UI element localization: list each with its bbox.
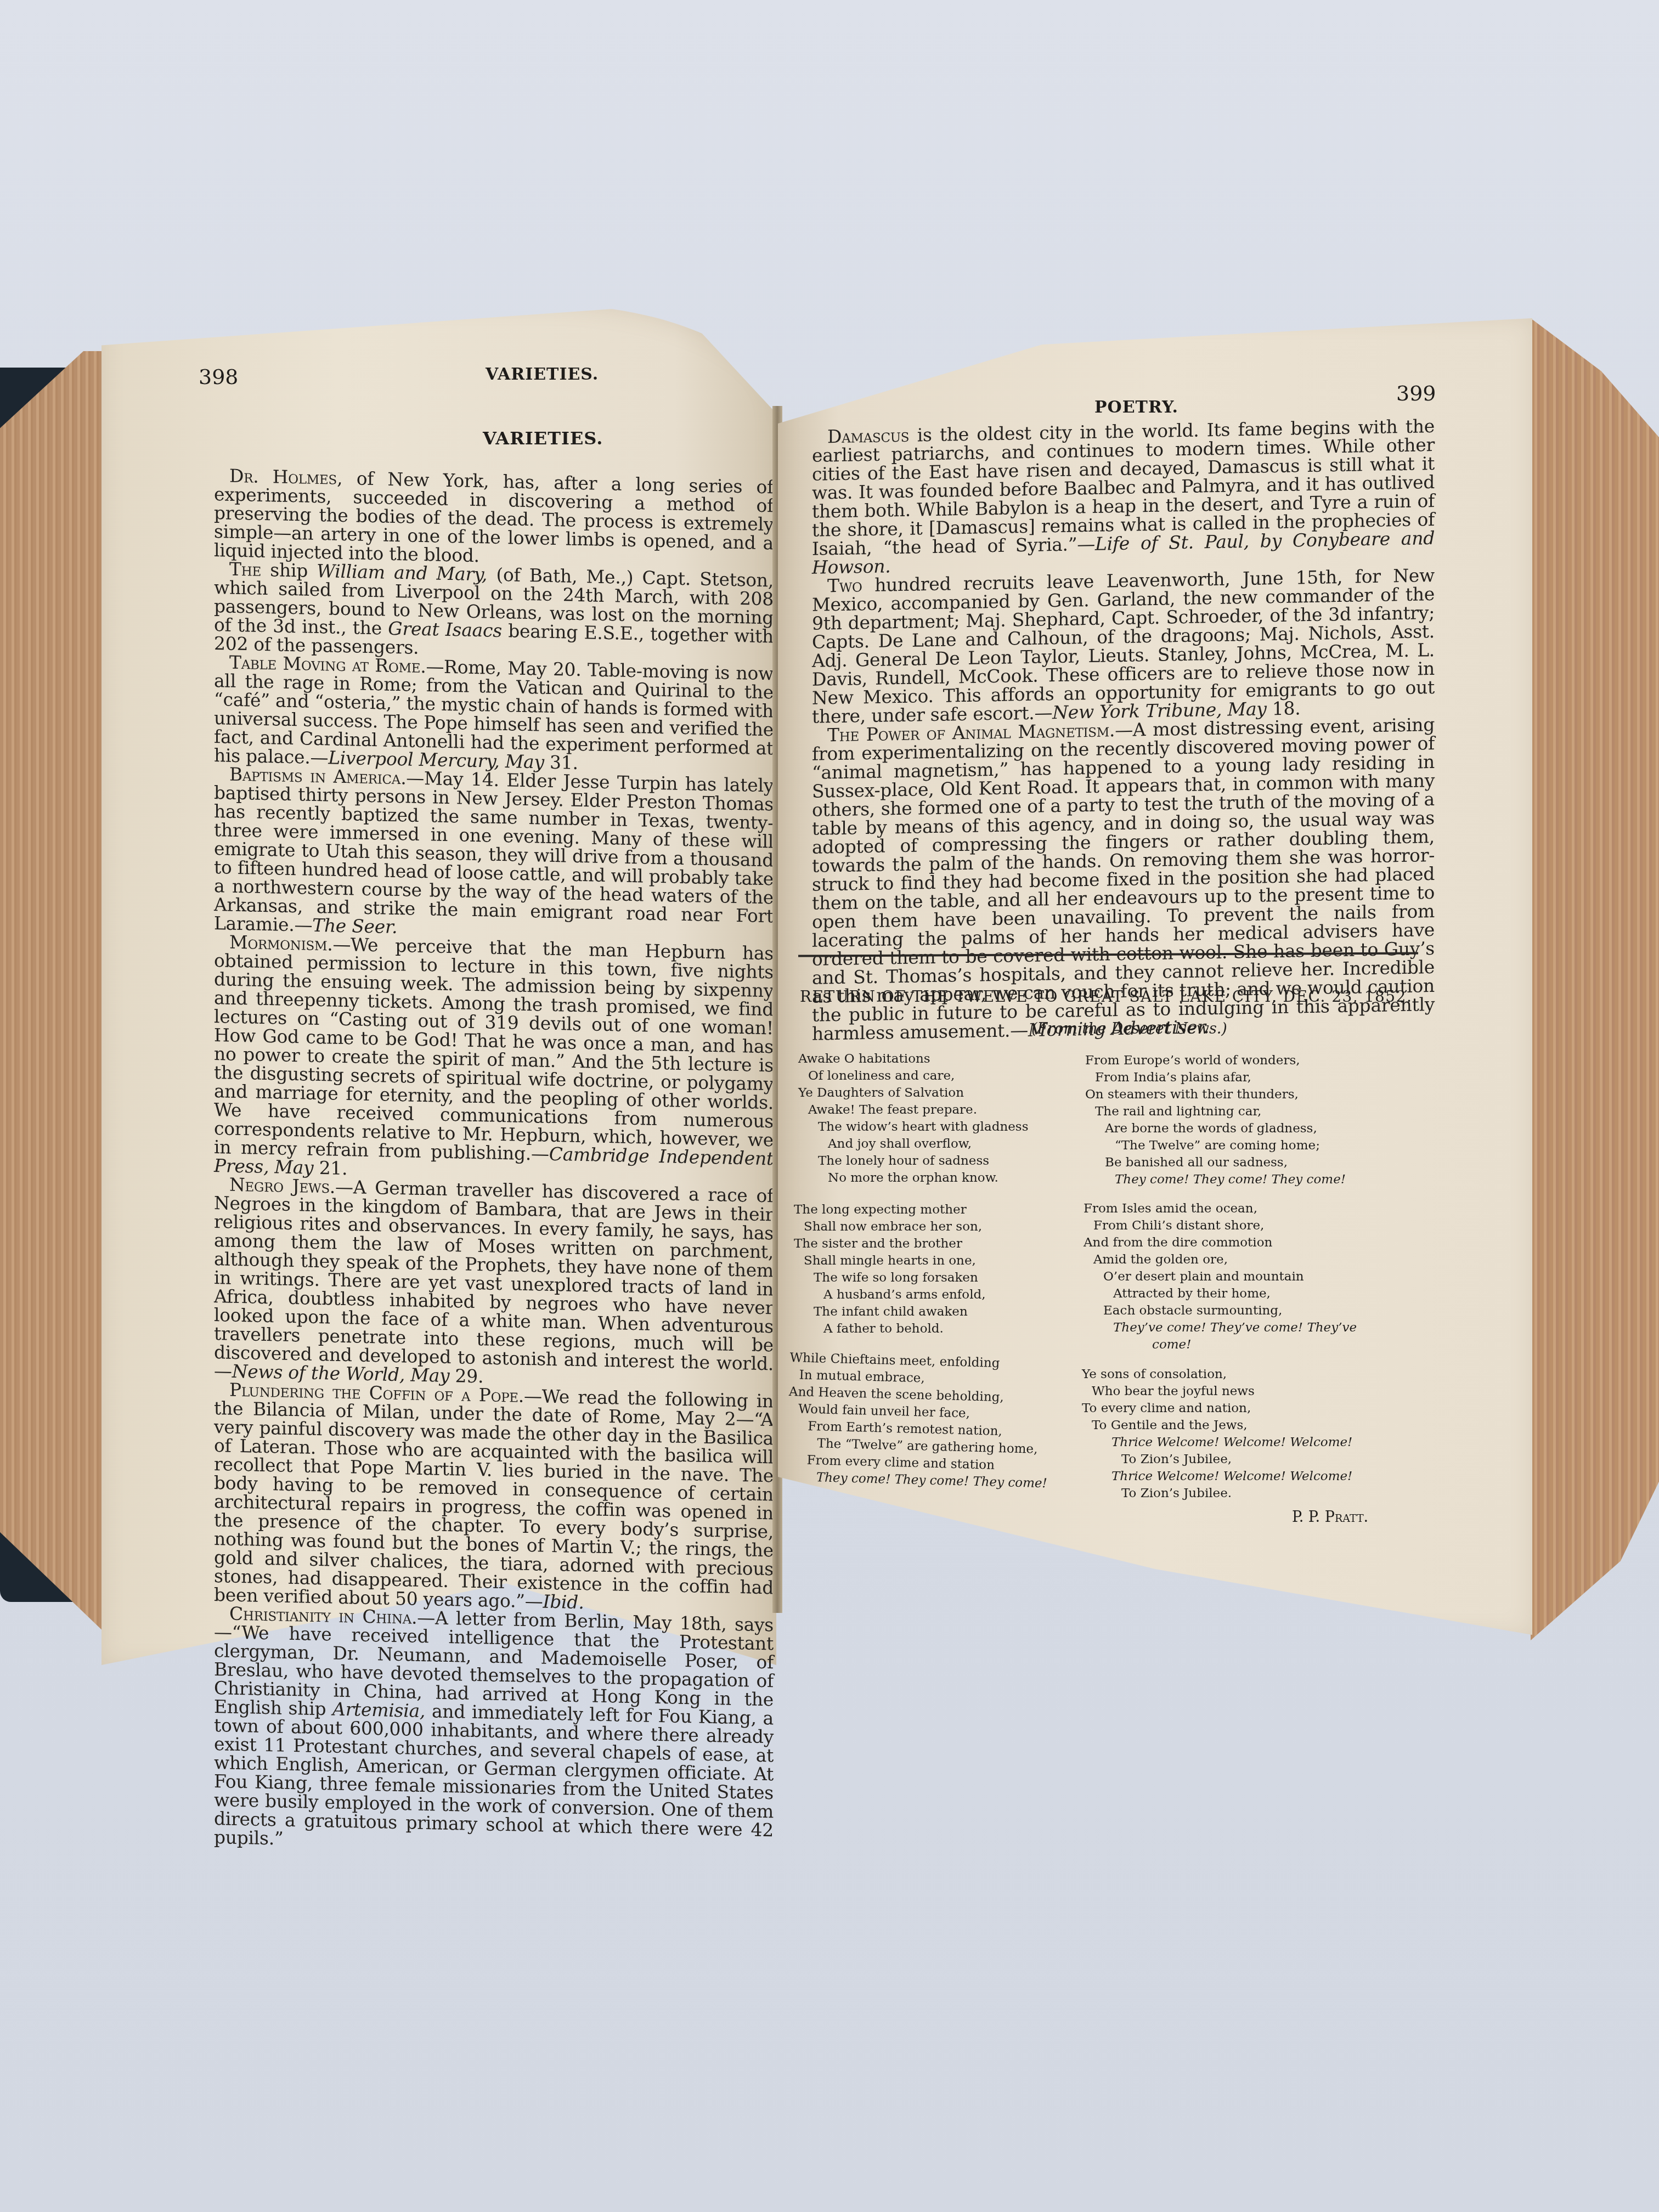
- left-page-text: Dr. Holmes, of New York, has, after a lo…: [214, 466, 774, 1858]
- article-recruits: Two hundred recruits leave Leavenworth, …: [812, 566, 1435, 726]
- article-dr-holmes: Dr. Holmes, of New York, has, after a lo…: [214, 466, 774, 571]
- article-ship-william-and-mary: The ship William and Mary, (of Bath, Me.…: [214, 560, 774, 664]
- page-edges-right: [1531, 318, 1659, 1640]
- right-running-head: POETRY.: [1094, 398, 1178, 417]
- poem-stanza-6: Ye sons of consolation, Who bear the joy…: [1082, 1366, 1352, 1502]
- open-book: 398 VARIETIES. VARIETIES. Dr. Holmes, of…: [0, 0, 1659, 2212]
- article-table-moving: Table Moving at Rome.—Rome, May 20. Tabl…: [214, 653, 774, 776]
- poem-stanza-1: Awake O habitations Of loneliness and ca…: [798, 1051, 1028, 1187]
- article-mormonism: Mormonism.—We perceive that the man Hepb…: [214, 933, 774, 1187]
- left-running-head: VARIETIES.: [486, 365, 599, 384]
- article-damascus: Damascus is the oldest city in the world…: [812, 417, 1435, 577]
- right-page-text: Damascus is the oldest city in the world…: [812, 417, 1435, 1043]
- poem-source: (From the Deseret News.): [1031, 1020, 1227, 1037]
- poem-signature: P. P. Pratt.: [1292, 1509, 1368, 1526]
- poem-stanza-4: From Europe’s world of wonders, From Ind…: [1085, 1052, 1346, 1188]
- right-page-number: 399: [1396, 381, 1436, 405]
- article-negro-jews: Negro Jews.—A German traveller has disco…: [214, 1175, 774, 1392]
- poem-title: RETURN OF THE TWELVE TO GREAT SALT LAKE …: [800, 988, 1431, 1006]
- article-baptisms: Baptisms in America.—May 14. Elder Jesse…: [214, 765, 774, 944]
- article-plundering-coffin: Plundering the Coffin of a Pope.—We read…: [214, 1380, 774, 1616]
- section-title: VARIETIES.: [483, 428, 603, 449]
- page-edges-left: [0, 351, 107, 1635]
- poem-stanza-3: While Chieftains meet, enfolding In mutu…: [787, 1350, 1051, 1492]
- left-page-number: 398: [199, 365, 239, 389]
- article-christianity-china: Christianity in China.—A letter from Ber…: [214, 1604, 774, 1858]
- poem-stanza-2: The long expecting mother Shall now embr…: [794, 1201, 986, 1338]
- poem-stanza-5: From Isles amid the ocean, From Chili’s …: [1084, 1200, 1357, 1353]
